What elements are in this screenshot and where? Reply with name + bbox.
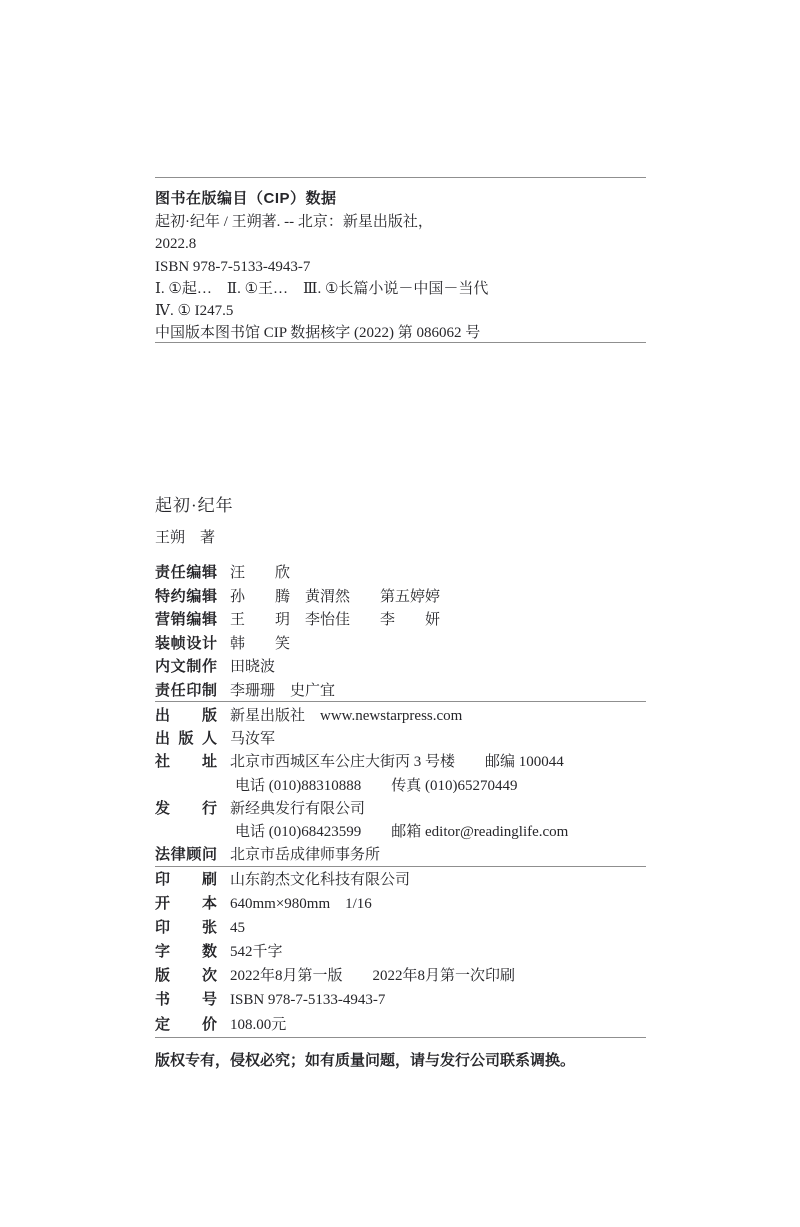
row-label: 特约编辑 [155,585,217,609]
row-label: 出版人 [155,727,217,750]
row-value: 电话 (010)88310888 传真 (010)65270449 [235,778,517,794]
row-value: 北京市岳成律师事务所 [230,847,380,863]
row-value: 马汝军 [230,731,275,747]
book-title: 起初·纪年 [155,491,234,516]
row-label: 装帧设计 [155,632,217,656]
row-value: 542千字 [230,944,283,960]
printing-row: 字数542千字 [155,940,695,964]
printing-info-block: 印刷山东韵杰文化科技有限公司 开本640mm×980mm 1/16 印张45 字… [155,868,695,1037]
cip-line: 起初·纪年 / 王朔著. -- 北京：新星出版社， [155,211,655,233]
cip-line: ISBN 978-7-5133-4943-7 [155,256,655,278]
cip-data-block: 起初·纪年 / 王朔著. -- 北京：新星出版社， 2022.8 ISBN 97… [155,211,655,345]
publisher-row: 社址北京市西城区车公庄大街丙 3 号楼 邮编 100044 [155,750,695,773]
copyright-notice: 版权专有，侵权必究；如有质量问题，请与发行公司联系调换。 [155,1049,575,1070]
publisher-row: 发行新经典发行有限公司 [155,797,695,820]
divider-rule-above-printing [155,866,646,867]
publisher-info-block: 出版新星出版社 www.newstarpress.com 出版人马汝军 社址北京… [155,704,695,866]
row-value: 108.00元 [230,1017,286,1033]
row-label: 字数 [155,940,217,964]
row-label: 发行 [155,797,217,820]
row-label: 内文制作 [155,655,217,679]
row-label: 开本 [155,892,217,916]
row-value: 电话 (010)68423599 邮箱 editor@readinglife.c… [235,824,568,840]
staff-row: 特约编辑孙 腾 黄渭然 第五婷婷 [155,585,695,609]
printing-row: 印张45 [155,916,695,940]
publisher-row: 出版新星出版社 www.newstarpress.com [155,704,695,727]
staff-row: 营销编辑王 玥 李怡佳 李 妍 [155,608,695,632]
divider-rule-top [155,177,646,178]
row-label: 版次 [155,964,217,988]
cip-heading: 图书在版编目（CIP）数据 [155,187,337,208]
printing-row: 版次2022年8月第一版 2022年8月第一次印刷 [155,964,695,988]
row-label: 出版 [155,704,217,727]
row-value: 45 [230,920,245,936]
divider-rule-bottom [155,1037,646,1038]
colophon-page: 图书在版编目（CIP）数据 起初·纪年 / 王朔著. -- 北京：新星出版社， … [0,0,800,1227]
row-label: 书号 [155,988,217,1012]
printing-row: 定价108.00元 [155,1013,695,1037]
row-value: 新星出版社 www.newstarpress.com [230,708,462,724]
row-value: 孙 腾 黄渭然 第五婷婷 [230,589,440,605]
publisher-row: 出版人马汝军 [155,727,695,750]
row-value: 山东韵杰文化科技有限公司 [230,872,410,888]
cip-line: Ⅳ. ① I247.5 [155,300,655,322]
row-label: 印张 [155,916,217,940]
cip-line: Ⅰ. ①起… Ⅱ. ①王… Ⅲ. ①长篇小说－中国－当代 [155,278,655,300]
row-label: 法律顾问 [155,843,217,866]
row-value: 640mm×980mm 1/16 [230,896,372,912]
row-value: 汪 欣 [230,565,290,581]
row-value: 韩 笑 [230,636,290,652]
row-value: 田晓波 [230,659,275,675]
printing-row: 开本640mm×980mm 1/16 [155,892,695,916]
staff-row: 装帧设计韩 笑 [155,632,695,656]
row-label: 印刷 [155,868,217,892]
publisher-row-continuation: 电话 (010)68423599 邮箱 editor@readinglife.c… [155,820,695,843]
cip-line: 2022.8 [155,233,655,255]
row-value: 2022年8月第一版 2022年8月第一次印刷 [230,968,515,984]
divider-rule-below-cip [155,342,646,343]
printing-row: 书号ISBN 978-7-5133-4943-7 [155,988,695,1012]
publisher-row: 法律顾问北京市岳成律师事务所 [155,843,695,866]
divider-rule-above-publisher [155,701,646,702]
row-label: 责任印制 [155,679,217,703]
row-label: 责任编辑 [155,561,217,585]
row-value: ISBN 978-7-5133-4943-7 [230,992,385,1008]
printing-row: 印刷山东韵杰文化科技有限公司 [155,868,695,892]
row-label: 营销编辑 [155,608,217,632]
row-label: 社址 [155,750,217,773]
staff-row: 内文制作田晓波 [155,655,695,679]
row-value: 李珊珊 史广宜 [230,683,335,699]
book-author: 王朔 著 [155,526,215,547]
staff-credits-block: 责任编辑汪 欣 特约编辑孙 腾 黄渭然 第五婷婷 营销编辑王 玥 李怡佳 李 妍… [155,561,695,703]
row-label: 定价 [155,1013,217,1037]
row-value: 王 玥 李怡佳 李 妍 [230,612,440,628]
row-value: 新经典发行有限公司 [230,801,365,817]
staff-row: 责任印制李珊珊 史广宜 [155,679,695,703]
staff-row: 责任编辑汪 欣 [155,561,695,585]
publisher-row-continuation: 电话 (010)88310888 传真 (010)65270449 [155,774,695,797]
row-value: 北京市西城区车公庄大街丙 3 号楼 邮编 100044 [230,754,564,770]
